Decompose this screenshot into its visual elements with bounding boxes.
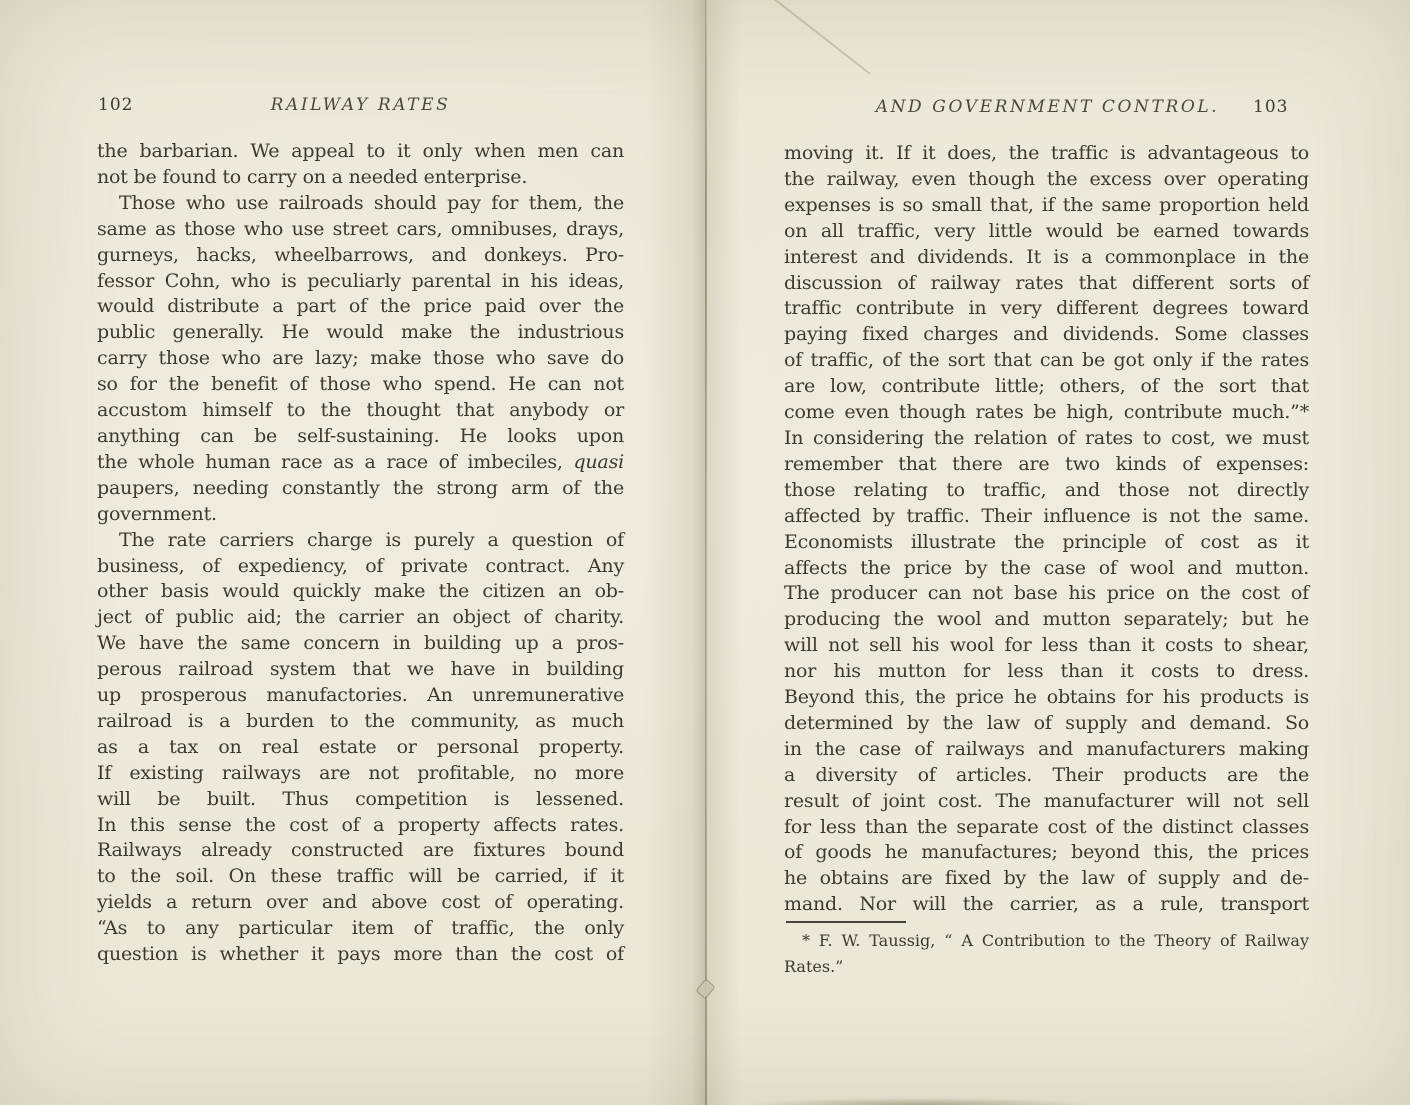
- text-line: discussion of railway rates that differe…: [784, 271, 1309, 297]
- text-segment: other basis would quickly make the citiz…: [97, 580, 624, 602]
- text-segment: producing the wool and mutton separately…: [784, 608, 1309, 630]
- text-line: government.: [97, 502, 624, 528]
- text-line: Beyond this, the price he obtains for hi…: [784, 685, 1309, 711]
- text-line: If existing railways are not profitable,…: [97, 761, 624, 787]
- corner-crease: [771, 0, 870, 74]
- text-segment: of goods he manufactures; beyond this, t…: [784, 841, 1309, 863]
- text-segment: are low, contribute little; others, of t…: [784, 375, 1309, 397]
- text-line: question is whether it pays more than th…: [97, 942, 624, 968]
- text-line: traffic contribute in very different deg…: [784, 296, 1309, 322]
- text-line: same as those who use street cars, omnib…: [97, 217, 624, 243]
- text-segment: on all traffic, very little would be ear…: [784, 220, 1309, 242]
- text-line: railroad is a burden to the community, a…: [97, 709, 624, 735]
- text-line: Rates.”: [784, 954, 1309, 980]
- text-line: those relating to traffic, and those not…: [784, 478, 1309, 504]
- text-line: * F. W. Taussig, “ A Contribution to the…: [784, 928, 1309, 954]
- text-line: anything can be self-sustaining. He look…: [97, 424, 624, 450]
- text-segment: determined by the law of supply and dema…: [784, 712, 1309, 734]
- text-line: The producer can not base his price on t…: [784, 581, 1309, 607]
- text-segment: interest and dividends. It is a commonpl…: [784, 246, 1309, 268]
- text-segment: If existing railways are not profitable,…: [97, 762, 624, 784]
- text-segment: mand. Nor will the carrier, as a rule, t…: [784, 893, 1309, 915]
- text-line: public generally. He would make the indu…: [97, 320, 624, 346]
- running-head-left: RAILWAY RATES: [97, 95, 624, 115]
- text-segment: remember that there are two kinds of exp…: [784, 453, 1309, 475]
- text-segment: nor his mutton for less than it costs to…: [784, 660, 1309, 682]
- text-line: to the soil. On these traffic will be ca…: [97, 864, 624, 890]
- text-segment: fessor Cohn, who is peculiarly parental …: [97, 270, 624, 292]
- footnote: * F. W. Taussig, “ A Contribution to the…: [784, 928, 1309, 980]
- text-segment: ject of public aid; the carrier an objec…: [97, 606, 624, 628]
- text-segment: of traffic, of the sort that can be got …: [784, 349, 1309, 371]
- text-line: will be built. Thus competition is lesse…: [97, 787, 624, 813]
- text-segment: expenses is so small that, if the same p…: [784, 194, 1309, 216]
- gutter-shadow-right: [707, 0, 741, 1105]
- gutter-crease: [705, 0, 707, 1105]
- text-line: are low, contribute little; others, of t…: [784, 374, 1309, 400]
- text-line: In this sense the cost of a property aff…: [97, 813, 624, 839]
- text-segment: same as those who use street cars, omnib…: [97, 218, 624, 240]
- text-segment: * F. W. Taussig, “ A Contribution to the…: [802, 931, 1309, 950]
- text-segment: railroad is a burden to the community, a…: [97, 710, 624, 732]
- text-segment: result of joint cost. The manufacturer w…: [784, 790, 1309, 812]
- text-line: fessor Cohn, who is peculiarly parental …: [97, 269, 624, 295]
- page-number-left: 102: [98, 95, 133, 115]
- text-segment: public generally. He would make the indu…: [97, 321, 624, 343]
- text-segment: Railways already constructed are fixture…: [97, 839, 624, 861]
- page-number-right: 103: [1253, 97, 1288, 117]
- text-segment: business, of expediency, of private cont…: [97, 555, 624, 577]
- text-segment: discussion of railway rates that differe…: [784, 272, 1309, 294]
- text-line: up prosperous manufactories. An unremune…: [97, 683, 624, 709]
- gutter-shadow-left: [644, 0, 706, 1105]
- text-segment: as a tax on real estate or personal prop…: [97, 736, 624, 758]
- text-segment: up prosperous manufactories. An unremune…: [97, 684, 624, 706]
- text-line: remember that there are two kinds of exp…: [784, 452, 1309, 478]
- text-segment: for less than the separate cost of the d…: [784, 816, 1309, 838]
- text-line: business, of expediency, of private cont…: [97, 554, 624, 580]
- text-line: Railways already constructed are fixture…: [97, 838, 624, 864]
- text-line: ject of public aid; the carrier an objec…: [97, 605, 624, 631]
- text-line: would distribute a part of the price pai…: [97, 294, 624, 320]
- text-line: moving it. If it does, the traffic is ad…: [784, 141, 1309, 167]
- text-segment: Rates.”: [784, 957, 843, 976]
- text-line: producing the wool and mutton separately…: [784, 607, 1309, 633]
- italic-text: quasi: [573, 451, 624, 473]
- book-spread: 102 RAILWAY RATES the barbarian. We appe…: [0, 0, 1410, 1105]
- text-line: paying fixed charges and dividends. Some…: [784, 322, 1309, 348]
- text-segment: he obtains are fixed by the law of suppl…: [784, 867, 1309, 889]
- text-line: he obtains are fixed by the law of suppl…: [784, 866, 1309, 892]
- text-line: affects the price by the case of wool an…: [784, 556, 1309, 582]
- text-segment: Beyond this, the price he obtains for hi…: [784, 686, 1309, 708]
- text-segment: anything can be self-sustaining. He look…: [97, 425, 624, 447]
- text-line: come even though rates be high, contribu…: [784, 400, 1309, 426]
- text-line: Economists illustrate the principle of c…: [784, 530, 1309, 556]
- text-segment: will not sell his wool for less than it …: [784, 634, 1309, 656]
- text-segment: The rate carriers charge is purely a que…: [119, 529, 624, 551]
- text-line: carry those who are lazy; make those who…: [97, 346, 624, 372]
- text-segment: the barbarian. We appeal to it only when…: [97, 140, 624, 162]
- text-line: determined by the law of supply and dema…: [784, 711, 1309, 737]
- right-page-text: moving it. If it does, the traffic is ad…: [784, 141, 1309, 918]
- text-segment: so for the benefit of those who spend. H…: [97, 373, 624, 395]
- left-page-text: the barbarian. We appeal to it only when…: [97, 139, 624, 968]
- text-segment: traffic contribute in very different deg…: [784, 297, 1309, 319]
- text-segment: Economists illustrate the principle of c…: [784, 531, 1309, 553]
- text-segment: a diversity of articles. Their products …: [784, 764, 1309, 786]
- text-segment: would distribute a part of the price pai…: [97, 295, 624, 317]
- text-segment: In this sense the cost of a property aff…: [97, 814, 624, 836]
- text-line: of goods he manufactures; beyond this, t…: [784, 840, 1309, 866]
- text-segment: will be built. Thus competition is lesse…: [97, 788, 624, 810]
- text-line: interest and dividends. It is a commonpl…: [784, 245, 1309, 271]
- text-segment: affected by traffic. Their influence is …: [784, 505, 1309, 527]
- text-line: In considering the relation of rates to …: [784, 426, 1309, 452]
- text-segment: to the soil. On these traffic will be ca…: [97, 865, 624, 887]
- text-segment: the whole human race as a race of imbeci…: [97, 451, 573, 473]
- text-line: paupers, needing constantly the strong a…: [97, 476, 624, 502]
- running-head-right: AND GOVERNMENT CONTROL.: [784, 97, 1311, 117]
- text-line: other basis would quickly make the citiz…: [97, 579, 624, 605]
- text-segment: government.: [97, 503, 217, 525]
- text-segment: carry those who are lazy; make those who…: [97, 347, 624, 369]
- text-line: gurneys, hacks, wheelbarrows, and donkey…: [97, 243, 624, 269]
- text-line: on all traffic, very little would be ear…: [784, 219, 1309, 245]
- text-line: so for the benefit of those who spend. H…: [97, 372, 624, 398]
- text-segment: gurneys, hacks, wheelbarrows, and donkey…: [97, 244, 624, 266]
- text-segment: the railway, even though the excess over…: [784, 168, 1309, 190]
- text-segment: yields a return over and above cost of o…: [97, 891, 624, 913]
- text-segment: Those who use railroads should pay for t…: [119, 192, 624, 214]
- text-line: for less than the separate cost of the d…: [784, 815, 1309, 841]
- text-line: the barbarian. We appeal to it only when…: [97, 139, 624, 165]
- text-line: of traffic, of the sort that can be got …: [784, 348, 1309, 374]
- text-line: The rate carriers charge is purely a que…: [97, 528, 624, 554]
- text-line: result of joint cost. The manufacturer w…: [784, 789, 1309, 815]
- text-segment: affects the price by the case of wool an…: [784, 557, 1309, 579]
- text-line: yields a return over and above cost of o…: [97, 890, 624, 916]
- text-segment: The producer can not base his price on t…: [784, 582, 1309, 604]
- text-line: nor his mutton for less than it costs to…: [784, 659, 1309, 685]
- text-line: not be found to carry on a needed enterp…: [97, 165, 624, 191]
- text-line: accustom himself to the thought that any…: [97, 398, 624, 424]
- text-segment: moving it. If it does, the traffic is ad…: [784, 142, 1309, 164]
- text-segment: not be found to carry on a needed enterp…: [97, 166, 527, 188]
- text-line: the railway, even though the excess over…: [784, 167, 1309, 193]
- text-segment: question is whether it pays more than th…: [97, 943, 624, 965]
- text-segment: come even though rates be high, contribu…: [784, 401, 1309, 423]
- text-line: as a tax on real estate or personal prop…: [97, 735, 624, 761]
- text-segment: We have the same concern in building up …: [97, 632, 624, 654]
- footnote-rule: [786, 921, 906, 923]
- text-segment: perous railroad system that we have in b…: [97, 658, 624, 680]
- text-line: affected by traffic. Their influence is …: [784, 504, 1309, 530]
- text-line: “As to any particular item of traffic, t…: [97, 916, 624, 942]
- text-line: a diversity of articles. Their products …: [784, 763, 1309, 789]
- text-segment: In considering the relation of rates to …: [784, 427, 1309, 449]
- text-line: Those who use railroads should pay for t…: [97, 191, 624, 217]
- text-segment: those relating to traffic, and those not…: [784, 479, 1309, 501]
- text-segment: “As to any particular item of traffic, t…: [97, 917, 624, 939]
- page-edge-shadow: [690, 1095, 1150, 1105]
- text-segment: in the case of railways and manufacturer…: [784, 738, 1309, 760]
- text-line: perous railroad system that we have in b…: [97, 657, 624, 683]
- text-line: We have the same concern in building up …: [97, 631, 624, 657]
- text-segment: accustom himself to the thought that any…: [97, 399, 624, 421]
- text-segment: paying fixed charges and dividends. Some…: [784, 323, 1309, 345]
- text-line: will not sell his wool for less than it …: [784, 633, 1309, 659]
- text-segment: paupers, needing constantly the strong a…: [97, 477, 624, 499]
- text-line: mand. Nor will the carrier, as a rule, t…: [784, 892, 1309, 918]
- text-line: expenses is so small that, if the same p…: [784, 193, 1309, 219]
- text-line: the whole human race as a race of imbeci…: [97, 450, 624, 476]
- text-line: in the case of railways and manufacturer…: [784, 737, 1309, 763]
